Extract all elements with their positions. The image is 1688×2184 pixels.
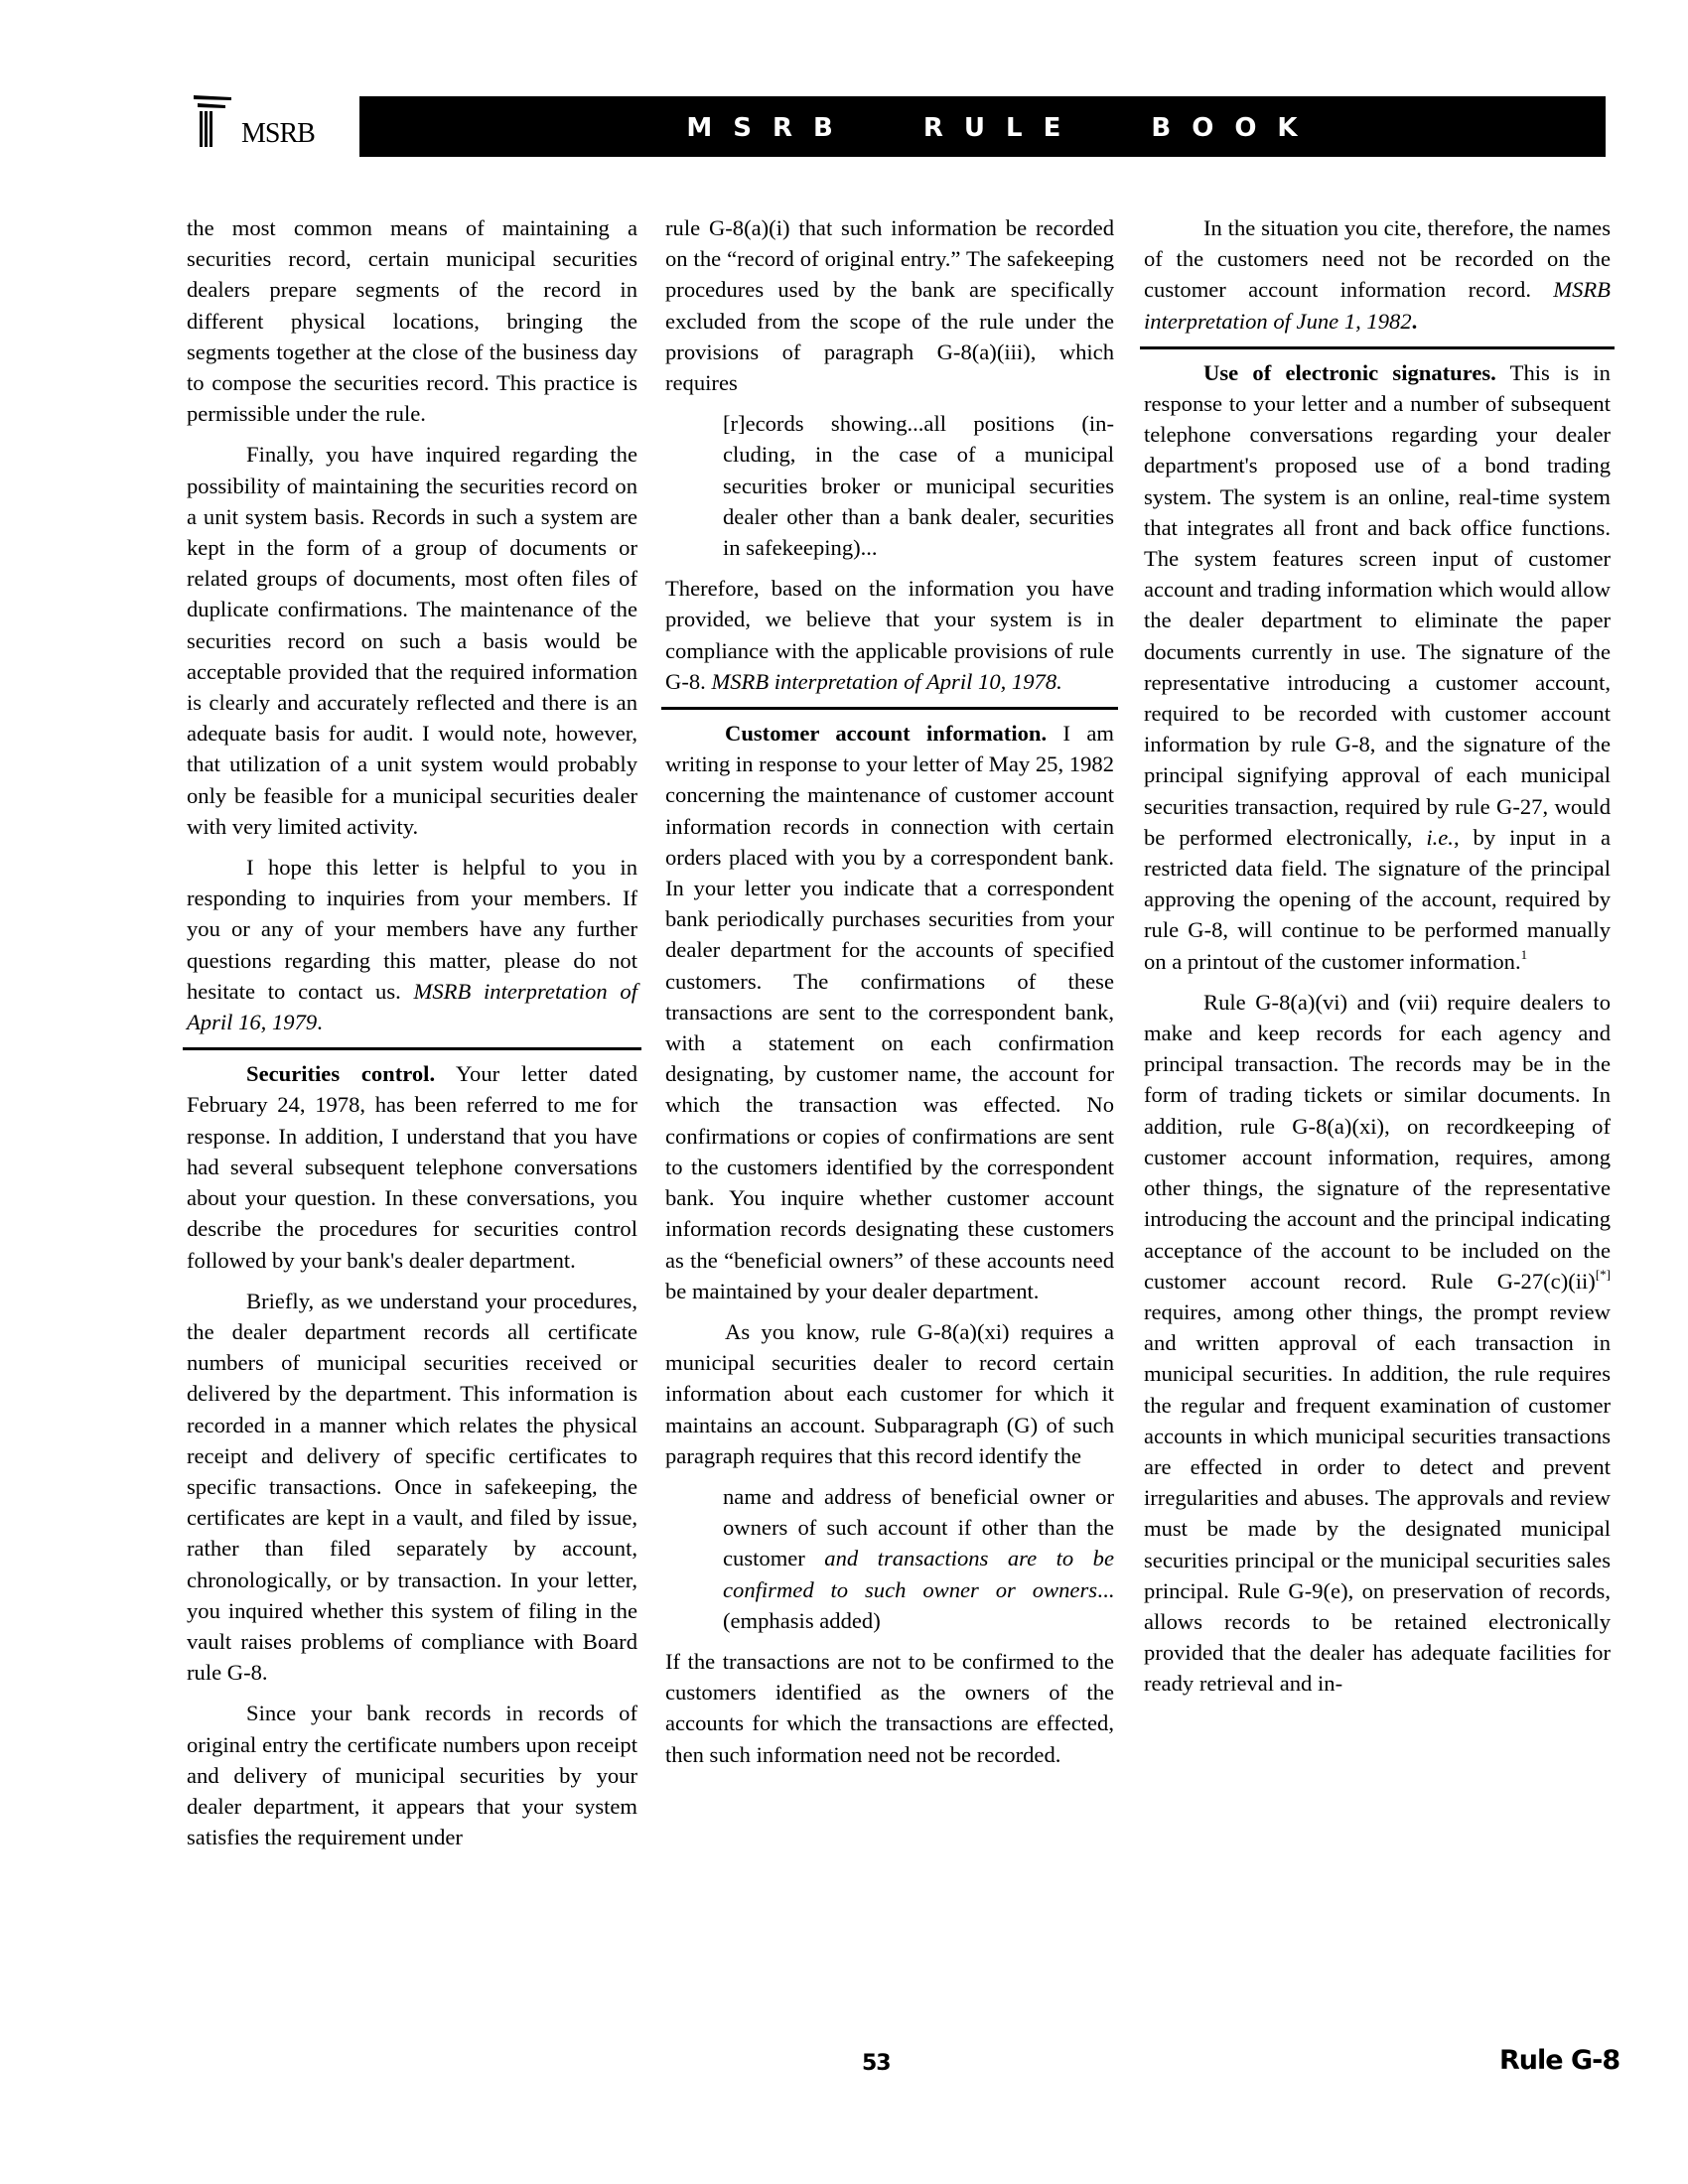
block-quote: name and address of beneficial owner or …	[723, 1481, 1114, 1636]
paragraph: Customer account information. I am writi…	[665, 718, 1114, 1306]
section-heading: Customer account information.	[725, 721, 1047, 746]
section-heading: Securities control.	[246, 1061, 435, 1086]
footnote-marker[interactable]: 1	[1521, 947, 1528, 962]
page-header-title: MSRB RULE BOOK	[646, 113, 1318, 143]
paragraph: the most common means of maintaining a s…	[187, 212, 637, 429]
paragraph: Securities control. Your letter dated Fe…	[187, 1058, 637, 1275]
rule-label: Rule G-8	[1499, 2045, 1619, 2076]
logo-text: MSRB	[241, 119, 315, 149]
paragraph: Since your bank records in records of or…	[187, 1698, 637, 1852]
paragraph: I hope this letter is helpful to you in …	[187, 852, 637, 1037]
paragraph: Briefly, as we understand your pro­cedur…	[187, 1286, 637, 1689]
section-heading: Use of electronic signatures.	[1203, 360, 1496, 385]
paragraph: As you know, rule G-8(a)(xi) re­quires a…	[665, 1316, 1114, 1471]
section-divider	[1140, 346, 1615, 349]
footnote-marker[interactable]: [*]	[1596, 1267, 1611, 1282]
paragraph: Use of electronic signatures. This is in…	[1144, 357, 1611, 977]
block-quote: [r]ecords showing...all positions (in­cl…	[723, 408, 1114, 563]
section-divider	[183, 1047, 641, 1050]
paragraph: If the transactions are not to be confir…	[665, 1646, 1114, 1770]
msrb-logo: MSRB	[192, 91, 341, 153]
text-column-1: the most common means of maintaining a s…	[187, 212, 637, 1862]
paragraph: Finally, you have inquired regarding the…	[187, 439, 637, 842]
page-number: 53	[862, 2051, 891, 2076]
text-column-2: rule G-8(a)(i) that such information be …	[665, 212, 1114, 1780]
paragraph: Therefore, based on the information you …	[665, 573, 1114, 697]
section-divider	[661, 707, 1118, 710]
text-column-3: In the situation you cite, therefore, th…	[1144, 212, 1611, 1709]
paragraph: Rule G-8(a)(vi) and (vii) require dealer…	[1144, 987, 1611, 1700]
column-pillar-icon	[192, 93, 239, 149]
header-bar: MSRB RULE BOOK	[359, 96, 1606, 157]
paragraph: rule G-8(a)(i) that such information be …	[665, 212, 1114, 398]
paragraph: In the situation you cite, therefore, th…	[1144, 212, 1611, 337]
citation: MSRB interpretation of April 10, 1978.	[711, 669, 1061, 694]
